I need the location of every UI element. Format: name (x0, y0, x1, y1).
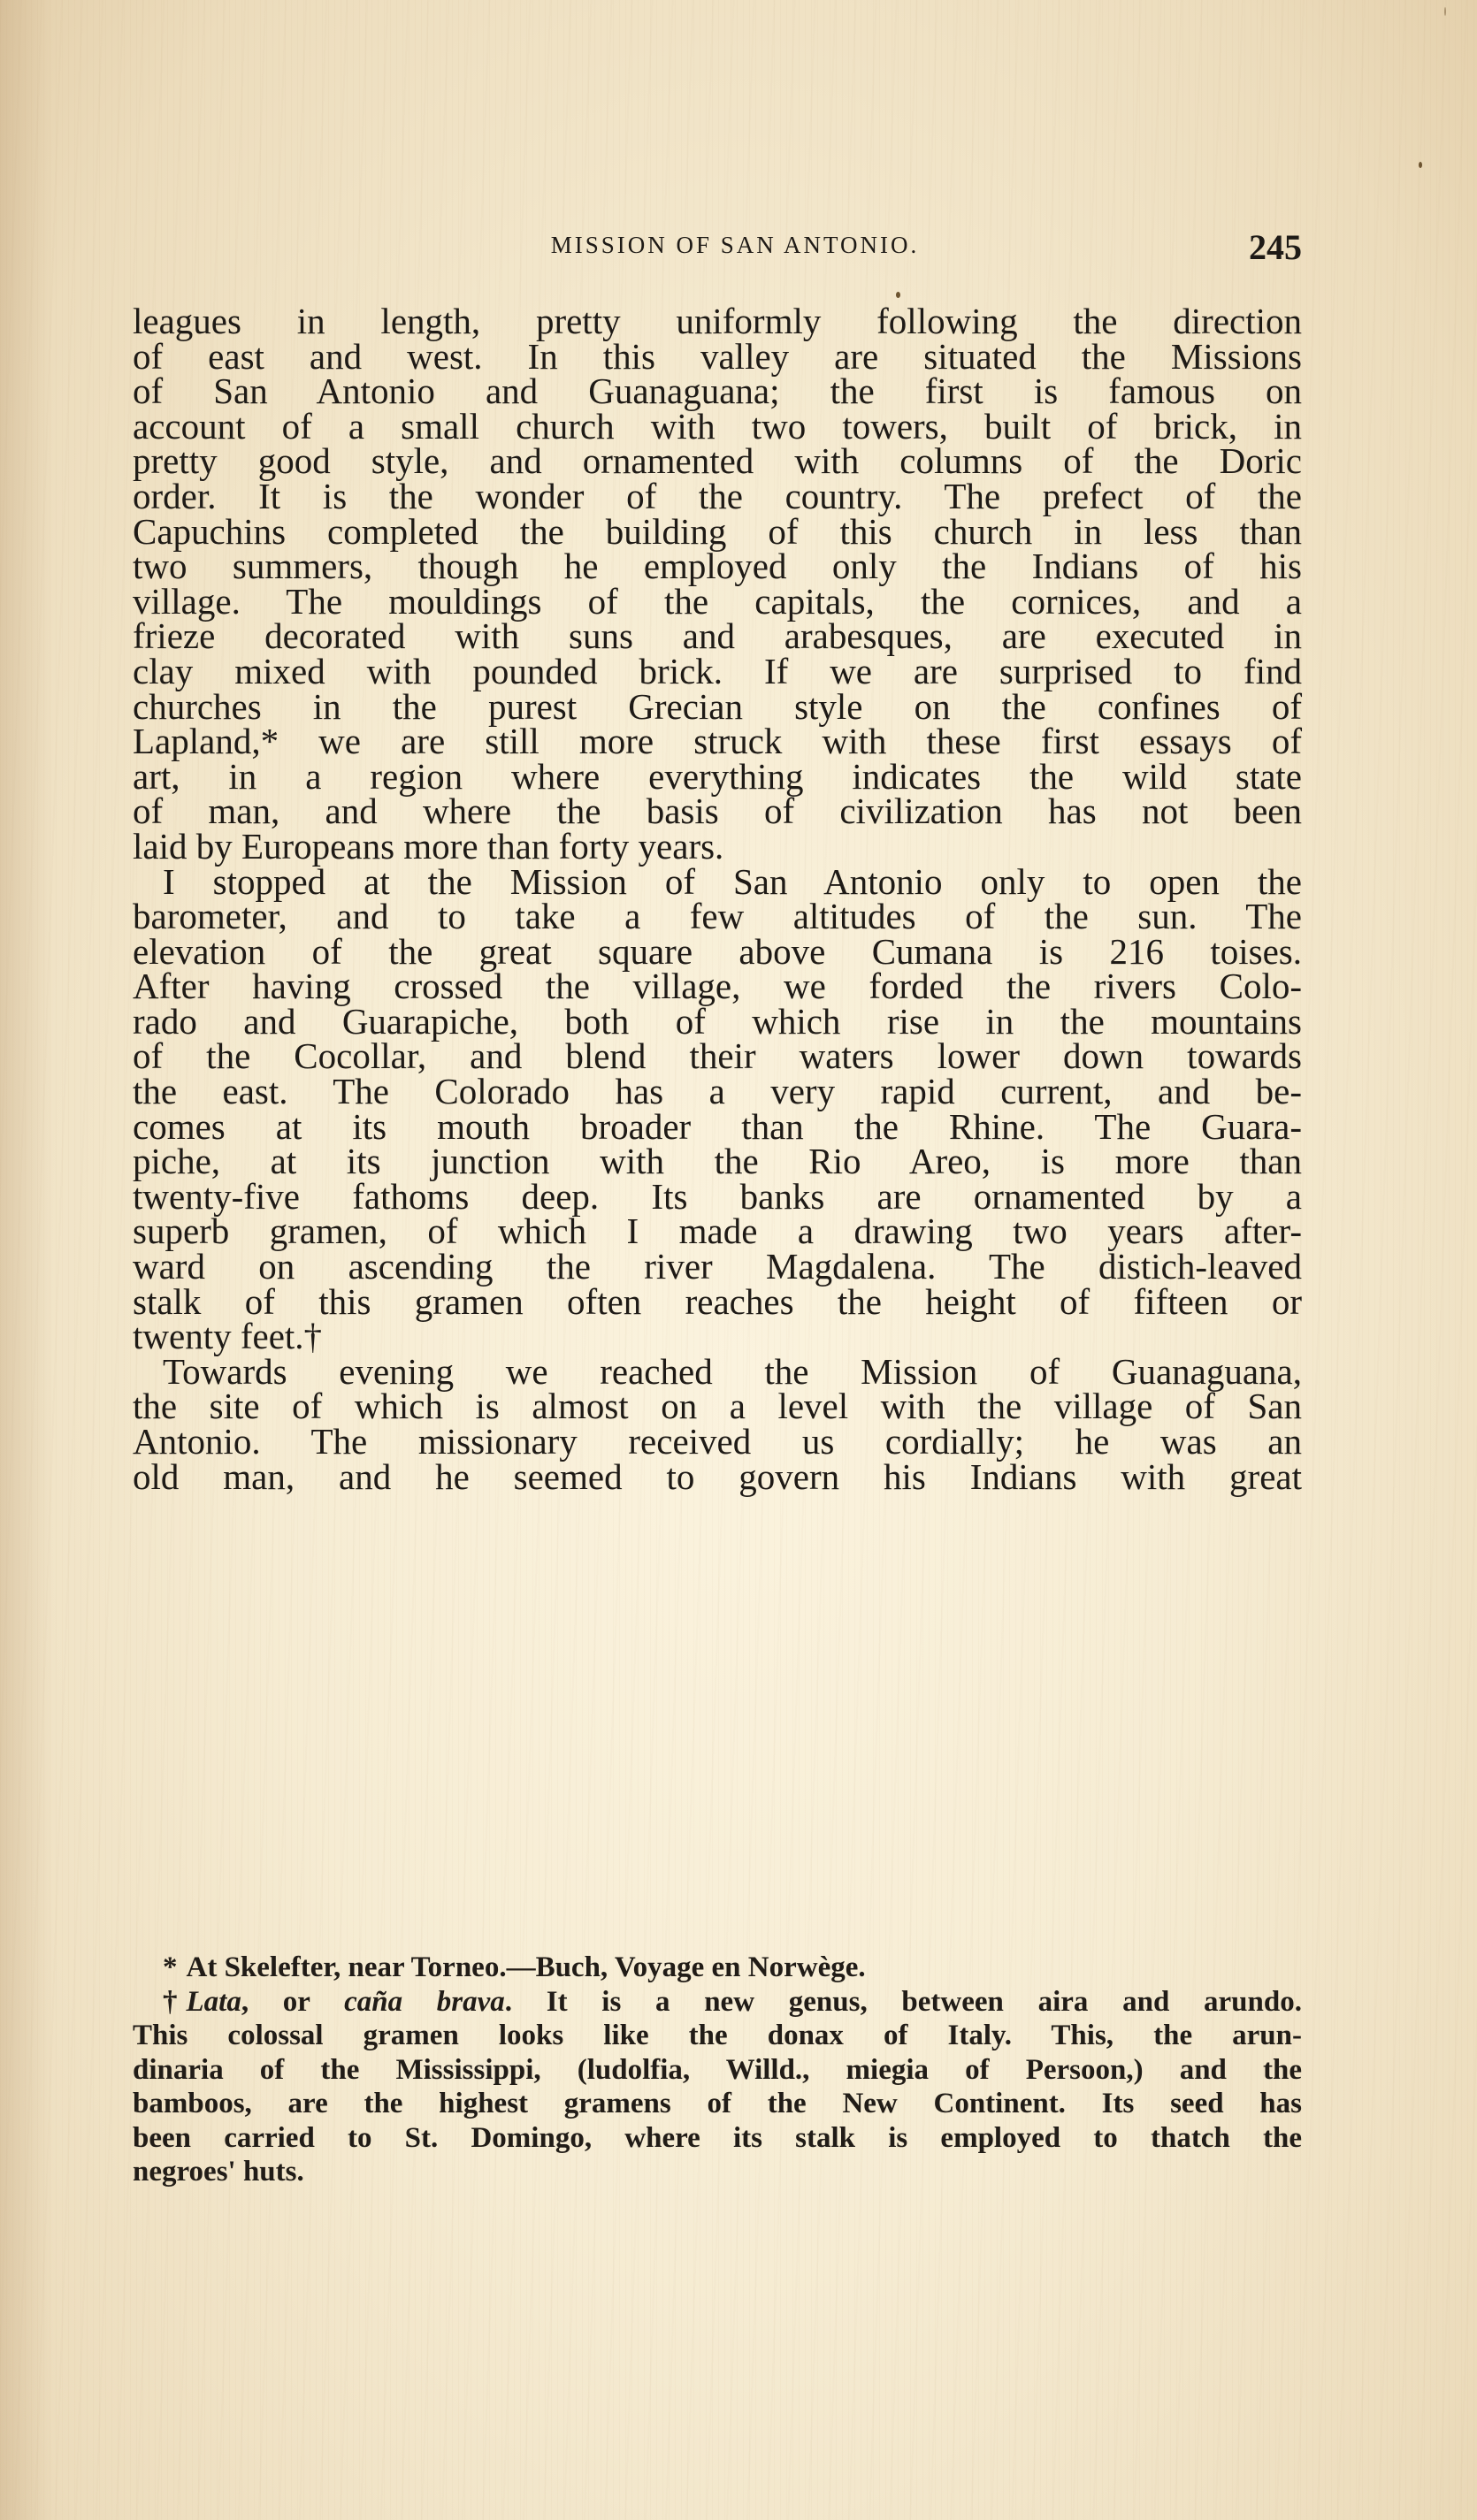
ink-speck (1419, 162, 1422, 168)
page-number: 245 (1249, 226, 1302, 268)
text-line: ward on ascending the river Magdalena. T… (133, 1249, 1302, 1285)
running-header: MISSION OF SAN ANTONIO. 245 (133, 226, 1302, 269)
text-line: piche, at its junction with the Rio Areo… (133, 1144, 1302, 1180)
footnote-line: negroes' huts. (133, 2155, 1302, 2189)
text-line: the east. The Colorado has a very rapid … (133, 1074, 1302, 1110)
footnote: †Lata, or caña brava. It is a new genus,… (133, 1985, 1302, 2189)
footnote-text: , or (241, 1986, 344, 2018)
footnote-line: †Lata, or caña brava. It is a new genus,… (133, 1985, 1302, 2020)
text-line: elevation of the great square above Cuma… (133, 935, 1302, 970)
text-line: leagues in length, pretty uniformly foll… (133, 304, 1302, 340)
text-line: rado and Guarapiche, both of which rise … (133, 1004, 1302, 1040)
footnote-text: been carried to St. Domingo, where its s… (133, 2122, 1302, 2154)
footnote-text: bamboos, are the highest gramens of the … (133, 2088, 1302, 2119)
text-line: Capuchins completed the building of this… (133, 515, 1302, 550)
running-title: MISSION OF SAN ANTONIO. (133, 232, 1302, 259)
text-line: two summers, though he employed only the… (133, 549, 1302, 584)
text-line: of San Antonio and Guanaguana; the first… (133, 374, 1302, 409)
text-line: comes at its mouth broader than the Rhin… (133, 1110, 1302, 1145)
text-line: old man, and he seemed to govern his Ind… (133, 1460, 1302, 1495)
footnote-text: At Skelefter, near Torneo.—Buch, Voyage … (187, 1951, 866, 1983)
text-line: frieze decorated with suns and arabesque… (133, 619, 1302, 654)
text-line: pretty good style, and ornamented with c… (133, 444, 1302, 479)
footnote-text: negroes' huts. (133, 2156, 304, 2188)
ink-speck (896, 292, 900, 298)
text-line: of man, and where the basis of civilizat… (133, 794, 1302, 829)
footnote-line: been carried to St. Domingo, where its s… (133, 2121, 1302, 2156)
text-line: order. It is the wonder of the country. … (133, 479, 1302, 515)
text-line: laid by Europeans more than forty years. (133, 829, 1302, 865)
text-line: Lapland,* we are still more struck with … (133, 724, 1302, 760)
paragraph: I stopped at the Mission of San Antonio … (133, 865, 1302, 1355)
text-line: Towards evening we reached the Mission o… (133, 1355, 1302, 1390)
paragraph: leagues in length, pretty uniformly foll… (133, 304, 1302, 865)
text-line: I stopped at the Mission of San Antonio … (133, 865, 1302, 900)
text-line: clay mixed with pounded brick. If we are… (133, 654, 1302, 690)
italic-term: Lata (187, 1986, 241, 2018)
text-line: superb gramen, of which I made a drawing… (133, 1214, 1302, 1249)
footnote-marker: * (163, 1951, 178, 1985)
text-line: account of a small church with two tower… (133, 409, 1302, 445)
text-line: twenty-five fathoms deep. Its banks are … (133, 1180, 1302, 1215)
text-line: barometer, and to take a few altitudes o… (133, 899, 1302, 935)
text-line: churches in the purest Grecian style on … (133, 690, 1302, 725)
ink-speck (1444, 7, 1446, 16)
footnote-line: This colossal gramen looks like the dona… (133, 2019, 1302, 2053)
footnotes: *At Skelefter, near Torneo.—Buch, Voyage… (133, 1951, 1302, 2189)
footnote-line: *At Skelefter, near Torneo.—Buch, Voyage… (133, 1951, 1302, 1985)
footnote-text: This colossal gramen looks like the dona… (133, 2020, 1302, 2051)
paragraph: Towards evening we reached the Mission o… (133, 1355, 1302, 1494)
text-line: the site of which is almost on a level w… (133, 1389, 1302, 1424)
text-line: art, in a region where everything indica… (133, 760, 1302, 795)
text-line: After having crossed the village, we for… (133, 969, 1302, 1004)
body-text: leagues in length, pretty uniformly foll… (133, 304, 1302, 1494)
footnote-text: . It is a new genus, between aira and ar… (505, 1986, 1302, 2018)
text-line: village. The mouldings of the capitals, … (133, 584, 1302, 620)
footnote-text: dinaria of the Mississippi, (ludolfia, W… (133, 2054, 1302, 2086)
text-line: of east and west. In this valley are sit… (133, 340, 1302, 375)
page-gutter-shadow (0, 0, 53, 2520)
text-line: twenty feet.† (133, 1319, 1302, 1355)
italic-term: caña brava (344, 1986, 505, 2018)
text-line: of the Cocollar, and blend their waters … (133, 1039, 1302, 1074)
text-line: Antonio. The missionary received us cord… (133, 1424, 1302, 1460)
footnote-line: bamboos, are the highest gramens of the … (133, 2087, 1302, 2121)
footnote: *At Skelefter, near Torneo.—Buch, Voyage… (133, 1951, 1302, 1985)
footnote-line: dinaria of the Mississippi, (ludolfia, W… (133, 2053, 1302, 2088)
text-line: stalk of this gramen often reaches the h… (133, 1285, 1302, 1320)
footnote-marker: † (163, 1985, 178, 2020)
